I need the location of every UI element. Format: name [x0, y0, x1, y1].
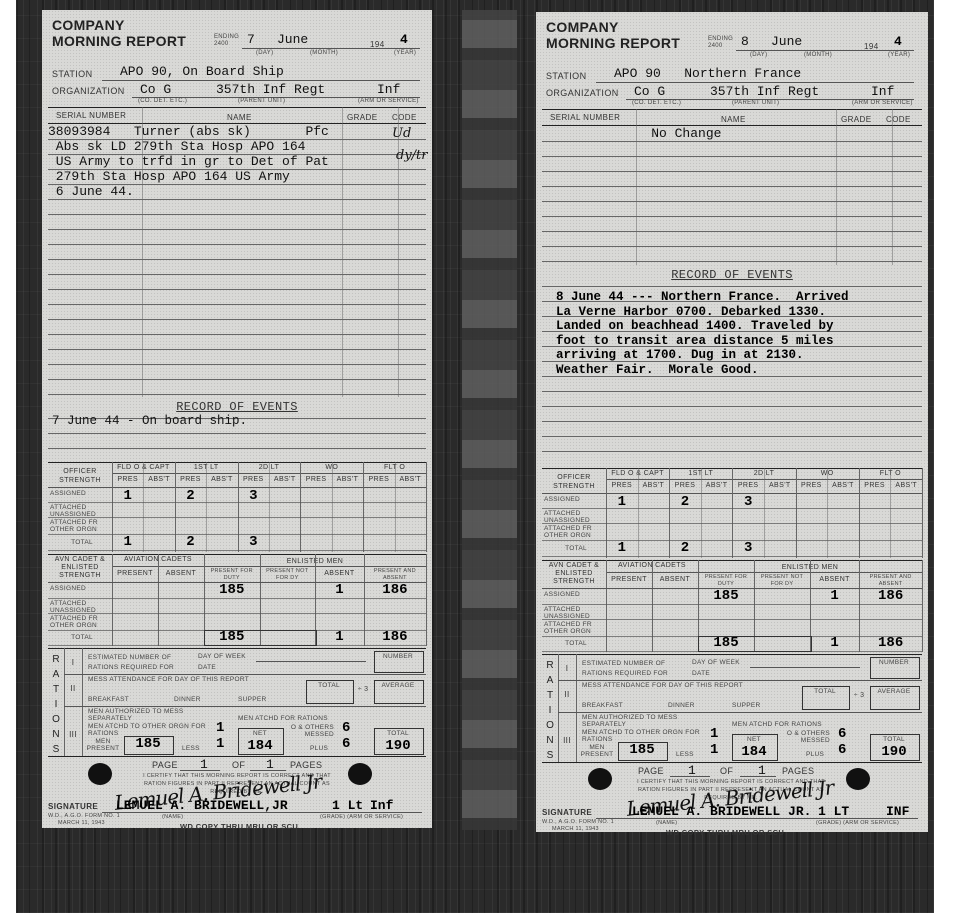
- mess-total-label: TOTAL: [802, 688, 848, 695]
- dinner-label: DINNER: [174, 696, 201, 703]
- record-of-events-line: 7 June 44 - On board ship.: [52, 414, 247, 429]
- form-title-line2: MORNING REPORT: [546, 36, 680, 51]
- form-date: MARCH 11, 1943: [552, 826, 599, 832]
- enlisted-row-label: TOTAL: [50, 634, 114, 641]
- rations-part-1: I: [64, 658, 82, 667]
- grand-total-value: 190: [870, 744, 918, 760]
- enlisted-col-header: ABSENT: [158, 570, 204, 577]
- rations-side-letter: O: [50, 712, 62, 727]
- entry-line: US Army to trfd in gr to Det of Pat: [48, 154, 329, 169]
- officer-row-label: TOTAL: [50, 539, 114, 546]
- enlisted-col-header: PRESENT AND ABSENT: [859, 574, 922, 588]
- supper-label: SUPPER: [238, 696, 267, 703]
- col-grade: GRADE: [347, 113, 377, 122]
- grand-total-label: TOTAL: [870, 736, 918, 743]
- others-messed-label: O & OTHERS MESSED: [276, 724, 334, 738]
- arm-of-service-value: Inf: [377, 82, 400, 97]
- rations-side-letter: A: [544, 673, 556, 688]
- supper-label: SUPPER: [732, 702, 761, 709]
- day-caption: (DAY): [750, 52, 767, 58]
- col-serial-number: SERIAL NUMBER: [550, 113, 620, 122]
- col-code: CODE: [886, 115, 911, 124]
- officer-strength-table: OFFICER STRENGTHFLD O & CAPTPRESABS'T1ST…: [48, 462, 426, 552]
- year-caption: (YEAR): [394, 50, 416, 56]
- name-caption: (NAME): [656, 820, 677, 826]
- officer-strength-table: OFFICER STRENGTHFLD O & CAPTPRESABS'T1ST…: [542, 468, 922, 558]
- officer-subheader: PRES: [669, 482, 701, 489]
- average-label: AVERAGE: [870, 688, 918, 695]
- officer-row-label: ASSIGNED: [544, 496, 608, 503]
- enlisted-row-label: ATTACHED FR OTHER ORGN: [50, 615, 114, 629]
- men-present-label: MEN PRESENT: [84, 738, 122, 752]
- ending-label: ENDING 2400: [214, 34, 242, 48]
- enlisted-cell: 1: [315, 582, 364, 598]
- enlisted-strength-title: AVN CADET & ENLISTED STRENGTH: [48, 556, 112, 580]
- plus-value: 6: [342, 736, 350, 752]
- officer-subheader: ABS'T: [206, 476, 237, 483]
- others-messed-value: 6: [838, 726, 846, 742]
- dinner-label: DINNER: [668, 702, 695, 709]
- officer-subheader: ABS'T: [638, 482, 670, 489]
- enlisted-strength-table: AVN CADET & ENLISTED STRENGTHAVIATION CA…: [48, 554, 426, 646]
- men-present-value: 185: [124, 736, 172, 752]
- officer-cell: 1: [112, 534, 143, 550]
- enlisted-row-label: TOTAL: [544, 640, 608, 647]
- rations-side-letter: O: [544, 718, 556, 733]
- company-value: Co G: [634, 84, 665, 99]
- enlisted-row-label: ASSIGNED: [50, 585, 114, 592]
- ending-label: ENDING 2400: [708, 36, 736, 50]
- col-grade: GRADE: [841, 115, 871, 124]
- day-caption: (DAY): [256, 50, 273, 56]
- plus-label: PLUS: [310, 745, 328, 752]
- rations-side-letter: S: [50, 742, 62, 757]
- record-of-events-line: Landed on beachhead 1400. Traveled by: [556, 319, 834, 334]
- punch-hole-right: [348, 763, 372, 785]
- rations-side-letter: I: [50, 697, 62, 712]
- year-prefix: 194: [370, 40, 385, 49]
- enlisted-col-header: ABSENT: [652, 576, 698, 583]
- station-value: APO 90 Northern France: [614, 66, 801, 81]
- record-of-events-line: arriving at 1700. Dug in at 2130.: [556, 348, 804, 363]
- page-label: PAGE: [152, 760, 178, 770]
- grand-total-label: TOTAL: [374, 730, 422, 737]
- number-label: NUMBER: [870, 659, 918, 666]
- col-serial-number: SERIAL NUMBER: [56, 111, 126, 120]
- company-value: Co G: [140, 82, 171, 97]
- rations-part-2: II: [558, 690, 576, 699]
- breakfast-label: BREAKFAST: [88, 696, 129, 703]
- signature-label: SIGNATURE: [48, 802, 98, 811]
- officer-cell: 2: [175, 534, 206, 550]
- enlisted-cell: 186: [364, 582, 426, 598]
- officer-subheader: PRES: [112, 476, 143, 483]
- year-caption: (YEAR): [888, 52, 910, 58]
- form-footer: PAGE1OF1PAGESI CERTIFY THAT THIS MORNING…: [536, 766, 928, 836]
- officer-row-label: ATTACHED FR OTHER ORGN: [50, 519, 114, 533]
- signature-label: SIGNATURE: [542, 808, 592, 817]
- record-of-events-title: RECORD OF EVENTS: [536, 268, 928, 282]
- atchd-other-orgn-value: 1: [216, 720, 224, 736]
- officer-subheader: PRES: [175, 476, 206, 483]
- officer-strength-title: OFFICER STRENGTH: [542, 473, 606, 491]
- record-of-events-line: La Verne Harbor 0700. Debarked 1330.: [556, 305, 826, 320]
- col-code: CODE: [392, 113, 417, 122]
- less-value: 1: [216, 736, 224, 752]
- enlisted-cell: 185: [204, 582, 260, 598]
- enlisted-row-label: ATTACHED UNASSIGNED: [544, 606, 608, 620]
- enlisted-row-label: ATTACHED FR OTHER ORGN: [544, 621, 608, 635]
- pages-label: PAGES: [782, 766, 814, 776]
- rations-side-letter: N: [50, 727, 62, 742]
- morning-report-june-7: COMPANY MORNING REPORT ENDING 2400 7 Jun…: [42, 10, 432, 828]
- code-mark: dy/tr: [396, 148, 427, 163]
- rations-side-letter: R: [544, 658, 556, 673]
- officer-row-label: ATTACHED FR OTHER ORGN: [544, 525, 608, 539]
- company-caption: (CO. DET. ETC.): [138, 98, 187, 104]
- date-label: DATE: [198, 664, 216, 671]
- officer-subheader: ABS'T: [395, 476, 426, 483]
- rations-side-letter: A: [50, 667, 62, 682]
- signer-name: LEMUEL A. BRIDEWELL,JR: [116, 798, 288, 813]
- enlisted-col-header: ABSENT: [315, 570, 364, 577]
- rations-part-1: I: [558, 664, 576, 673]
- code-mark: Ud: [392, 126, 411, 141]
- est-rations-label: ESTIMATED NUMBER OF RATIONS REQUIRED FOR: [88, 653, 188, 673]
- signer-arm: INF: [886, 804, 909, 819]
- morning-report-june-8: COMPANY MORNING REPORT ENDING 2400 8 Jun…: [536, 12, 928, 832]
- mess-attendance-label: MESS ATTENDANCE FOR DAY OF THIS REPORT: [582, 682, 743, 689]
- officer-subheader: PRES: [796, 482, 828, 489]
- mess-total-label: TOTAL: [306, 682, 352, 689]
- enlisted-col-header: ABSENT: [810, 576, 859, 583]
- punch-hole-left: [588, 768, 612, 790]
- net-value: 184: [732, 744, 776, 760]
- officer-subheader: PRES: [606, 482, 638, 489]
- year-digit: 4: [400, 32, 408, 47]
- entry-line: 279th Sta Hosp APO 164 US Army: [48, 169, 290, 184]
- parent-unit-value: 357th Inf Regt: [216, 82, 325, 97]
- signer-arm: Inf: [370, 798, 393, 813]
- copy-line: WD COPY THRU MRU OR SCU: [180, 822, 298, 831]
- enlisted-cell: 1: [810, 635, 859, 651]
- parent-unit-value: 357th Inf Regt: [710, 84, 819, 99]
- enlisted-row-label: ASSIGNED: [544, 591, 608, 598]
- report-month: June: [277, 32, 308, 47]
- entry-line: 6 June 44.: [48, 184, 134, 199]
- atchd-for-rations-label: MEN ATCHD FOR RATIONS: [238, 715, 328, 722]
- officer-cell: 3: [732, 540, 764, 556]
- officer-subheader: ABS'T: [269, 476, 300, 483]
- officer-subheader: PRES: [859, 482, 891, 489]
- grand-total-value: 190: [374, 738, 422, 754]
- officer-subheader: PRES: [732, 482, 764, 489]
- organization-label: ORGANIZATION: [52, 86, 125, 96]
- officer-subheader: PRES: [363, 476, 394, 483]
- enlisted-strength-title: AVN CADET & ENLISTED STRENGTH: [542, 562, 606, 586]
- net-label: NET: [732, 736, 776, 743]
- men-present-label: MEN PRESENT: [578, 744, 616, 758]
- station-value: APO 90, On Board Ship: [120, 64, 284, 79]
- mess-attendance-label: MESS ATTENDANCE FOR DAY OF THIS REPORT: [88, 676, 249, 683]
- enlisted-col-header: PRESENT: [112, 570, 158, 577]
- enlisted-cell: 1: [810, 588, 859, 604]
- enlisted-row-label: ATTACHED UNASSIGNED: [50, 600, 114, 614]
- station-label: STATION: [546, 71, 586, 81]
- rations-side-letter: T: [50, 682, 62, 697]
- parent-caption: (PARENT UNIT): [238, 98, 285, 104]
- enlisted-col-header: PRESENT NOT FOR DY: [754, 574, 810, 588]
- punch-hole-left: [88, 763, 112, 785]
- form-id: W.D., A.G.O. FORM NO. 1: [542, 819, 614, 825]
- form-footer: PAGE1OF1PAGESI CERTIFY THAT THIS MORNING…: [42, 760, 432, 830]
- signer-grade: 1 LT: [818, 804, 849, 819]
- station-label: STATION: [52, 69, 92, 79]
- less-label: LESS: [676, 751, 694, 758]
- enlisted-cell: 1: [315, 629, 364, 645]
- enlisted-col-header: PRESENT: [606, 576, 652, 583]
- form-title-line2: MORNING REPORT: [52, 34, 186, 49]
- others-messed-value: 6: [342, 720, 350, 736]
- rations-section: RATIONSIIIIIIESTIMATED NUMBER OF RATIONS…: [48, 648, 426, 758]
- enlisted-col-header: PRESENT FOR DUTY: [698, 574, 754, 588]
- record-of-events-title: RECORD OF EVENTS: [42, 400, 432, 414]
- parent-caption: (PARENT UNIT): [732, 100, 779, 106]
- entry-line: No Change: [542, 126, 721, 141]
- entry-line: 38093984 Turner (abs sk) Pfc: [48, 124, 329, 139]
- enlisted-strength-table: AVN CADET & ENLISTED STRENGTHAVIATION CA…: [542, 560, 922, 652]
- record-of-events-line: Weather Fair. Morale Good.: [556, 363, 759, 378]
- officer-subheader: PRES: [300, 476, 331, 483]
- form-date: MARCH 11, 1943: [58, 820, 105, 826]
- grade-caption: (GRADE) (ARM OR SERVICE): [816, 820, 899, 826]
- of-label: OF: [720, 766, 733, 776]
- day-of-week-label: DAY OF WEEK: [198, 653, 246, 660]
- rations-side-letter: S: [544, 748, 556, 763]
- form-title-line1: COMPANY: [52, 18, 125, 33]
- form-title-line1: COMPANY: [546, 20, 619, 35]
- enlisted-col-header: PRESENT AND ABSENT: [364, 568, 426, 582]
- month-caption: (MONTH): [804, 52, 832, 58]
- officer-row-label: ASSIGNED: [50, 490, 114, 497]
- rations-side-letter: T: [544, 688, 556, 703]
- less-label: LESS: [182, 745, 200, 752]
- less-value: 1: [710, 742, 718, 758]
- plus-value: 6: [838, 742, 846, 758]
- est-rations-label: ESTIMATED NUMBER OF RATIONS REQUIRED FOR: [582, 659, 682, 679]
- officer-subheader: ABS'T: [143, 476, 174, 483]
- officer-subheader: ABS'T: [701, 482, 733, 489]
- copy-line: WD COPY THRU MRU OR SCU: [666, 828, 784, 837]
- film-strip-gap: [462, 10, 517, 830]
- rations-part-3: III: [64, 730, 82, 739]
- col-name: NAME: [721, 115, 746, 124]
- punch-hole-right: [846, 768, 870, 790]
- record-of-events-line: foot to transit area distance 5 miles: [556, 334, 834, 349]
- officer-cell: 3: [238, 534, 269, 550]
- report-day: 8: [741, 34, 749, 49]
- atchd-other-orgn-label: MEN ATCHD TO OTHER ORGN FOR RATIONS: [88, 723, 218, 737]
- enlisted-cell: 185: [698, 588, 754, 604]
- enlisted-cell: 186: [364, 629, 426, 645]
- atchd-for-rations-label: MEN ATCHD FOR RATIONS: [732, 721, 822, 728]
- plus-label: PLUS: [806, 751, 824, 758]
- col-name: NAME: [227, 113, 252, 122]
- number-label: NUMBER: [374, 653, 422, 660]
- rations-side-letter: R: [50, 652, 62, 667]
- enlisted-col-header: PRESENT FOR DUTY: [204, 568, 260, 582]
- rations-side-letter: N: [544, 733, 556, 748]
- rations-section: RATIONSIIIIIIESTIMATED NUMBER OF RATIONS…: [542, 654, 922, 764]
- officer-row-label: TOTAL: [544, 545, 608, 552]
- men-present-value: 185: [618, 742, 666, 758]
- divide-by-three: ÷ 3: [356, 686, 370, 693]
- year-digit: 4: [894, 34, 902, 49]
- signer-grade: 1 Lt: [332, 798, 363, 813]
- page-label: PAGE: [638, 766, 664, 776]
- rations-part-2: II: [64, 684, 82, 693]
- organization-label: ORGANIZATION: [546, 88, 619, 98]
- of-label: OF: [232, 760, 245, 770]
- grade-caption: (GRADE) (ARM OR SERVICE): [320, 814, 403, 820]
- enlisted-cell: 186: [859, 635, 922, 651]
- arm-of-service-value: Inf: [871, 84, 894, 99]
- report-month: June: [771, 34, 802, 49]
- signer-name: LEMUEL A. BRIDEWELL JR.: [632, 804, 811, 819]
- rations-side-letter: I: [544, 703, 556, 718]
- rations-part-3: III: [558, 736, 576, 745]
- net-value: 184: [238, 738, 282, 754]
- officer-subheader: ABS'T: [332, 476, 363, 483]
- average-label: AVERAGE: [374, 682, 422, 689]
- officer-row-label: ATTACHED UNASSIGNED: [50, 504, 114, 518]
- date-label: DATE: [692, 670, 710, 677]
- divide-by-three: ÷ 3: [852, 692, 866, 699]
- form-id: W.D., A.G.O. FORM NO. 1: [48, 813, 120, 819]
- net-label: NET: [238, 730, 282, 737]
- arm-caption: (ARM OR SERVICE): [852, 100, 913, 106]
- officer-strength-title: OFFICER STRENGTH: [48, 467, 112, 485]
- company-caption: (CO. DET. ETC.): [632, 100, 681, 106]
- atchd-other-orgn-value: 1: [710, 726, 718, 742]
- mess-separately-label: MEN AUTHORIZED TO MESS SEPARATELY: [582, 714, 702, 728]
- officer-subheader: ABS'T: [890, 482, 922, 489]
- atchd-other-orgn-label: MEN ATCHD TO OTHER ORGN FOR RATIONS: [582, 729, 712, 743]
- enlisted-col-header: PRESENT NOT FOR DY: [260, 568, 316, 582]
- officer-row-label: ATTACHED UNASSIGNED: [544, 510, 608, 524]
- mess-separately-label: MEN AUTHORIZED TO MESS SEPARATELY: [88, 708, 208, 722]
- breakfast-label: BREAKFAST: [582, 702, 623, 709]
- report-day: 7: [247, 32, 255, 47]
- officer-subheader: PRES: [238, 476, 269, 483]
- year-prefix: 194: [864, 42, 879, 51]
- record-of-events-line: 8 June 44 --- Northern France. Arrived: [556, 290, 849, 305]
- others-messed-label: O & OTHERS MESSED: [772, 730, 830, 744]
- arm-caption: (ARM OR SERVICE): [358, 98, 419, 104]
- enlisted-cell: 186: [859, 588, 922, 604]
- name-caption: (NAME): [162, 814, 183, 820]
- officer-cell: 2: [669, 540, 701, 556]
- month-caption: (MONTH): [310, 50, 338, 56]
- officer-cell: 1: [606, 540, 638, 556]
- officer-subheader: ABS'T: [764, 482, 796, 489]
- day-of-week-label: DAY OF WEEK: [692, 659, 740, 666]
- entry-line: Abs sk LD 279th Sta Hosp APO 164: [48, 139, 305, 154]
- officer-subheader: ABS'T: [827, 482, 859, 489]
